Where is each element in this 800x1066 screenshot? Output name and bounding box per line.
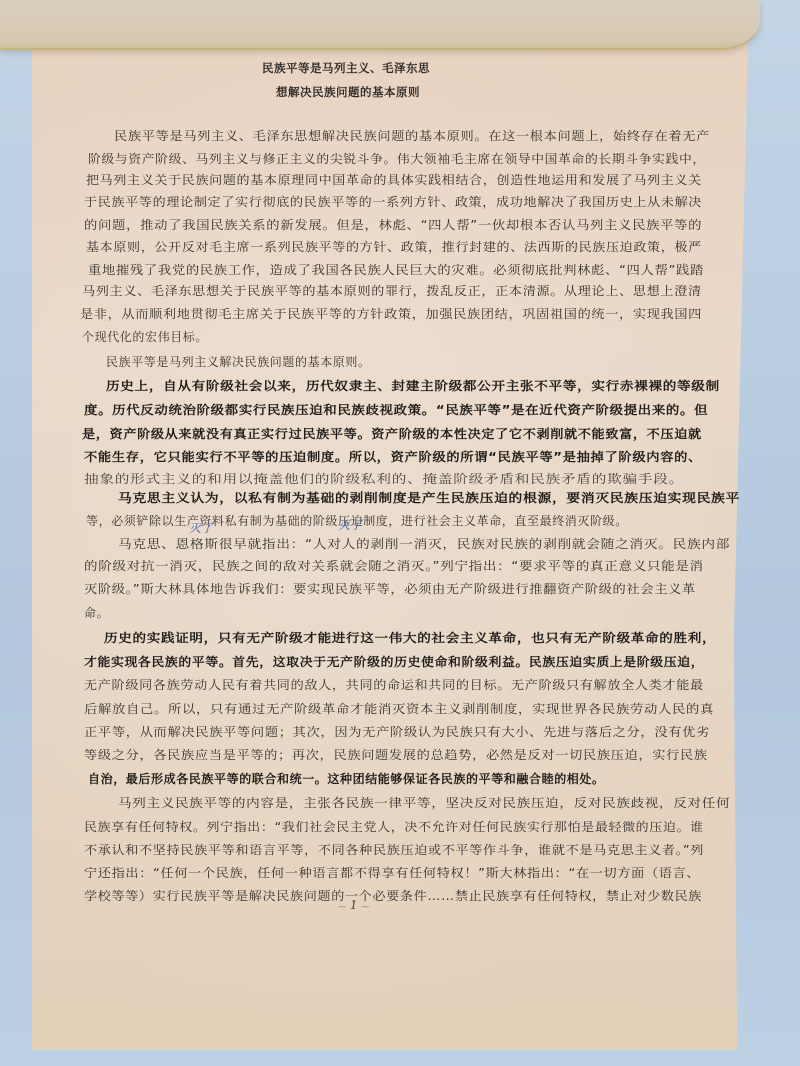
body-text-line: 不能生存，它只能实行不平等的压迫制度。所以，资产阶级的所谓“民族平等”是抽掉了阶… <box>84 448 702 465</box>
body-text-line: 历史的实践证明，只有无产阶级才能进行这一伟大的社会主义革命，也只有无产阶级革命的… <box>104 629 716 646</box>
body-text-line: 阶级与资产阶级、马列主义与修正主义的尖锐斗争。伟大领袖毛主席在领导中国革命的长期… <box>88 150 706 167</box>
body-text-line: 的问题，推动了我国民族关系的新发展。但是，林彪、“四人帮”一伙却根本否认马列主义… <box>84 216 702 233</box>
body-text-line: 才能实现各民族的平等。首先，这取决于无产阶级的历史使命和阶级利益。民族压迫实质上… <box>84 653 704 670</box>
body-text-line: 个现代化的宏伟目标。 <box>82 328 208 345</box>
body-text-line: 民族平等是马列主义、毛泽东思想解决民族问题的基本原则。在这一根本问题上，始终存在… <box>114 127 710 144</box>
body-text-line: 马克思、恩格斯很早就指出：“人对人的剥削一消灭，民族对民族的剥削就会随之消灭。民… <box>118 535 730 552</box>
document-title-line-1: 民族平等是马列主义、毛泽东思 <box>262 60 430 76</box>
body-text-line: 灭阶级。”斯大林具体地告诉我们：要实现民族平等，必须由无产阶级进行推翻资产阶级的… <box>84 580 696 597</box>
body-text-line: 不承认和不坚持民族平等和语言平等，不同各种民族压迫或不平等作斗争，谁就不是马克思… <box>84 841 704 858</box>
body-text-line: 是非，从而顺利地贯彻毛主席关于民族平等的方针政策，加强民族团结，巩固祖国的统一，… <box>80 305 702 322</box>
body-text-line: 自治，最后形成各民族平等的联合和统一。这种团结能够保证各民族的平等和融合睦的相处… <box>88 770 605 787</box>
body-text-line: 马列主义民族平等的内容是，主张各民族一律平等，坚决反对民族压迫，反对民族歧视，反… <box>118 794 730 811</box>
body-text-line: 等级之分，各民族应当是平等的；再次，民族问题发展的总趋势，必然是反对一切民族压迫… <box>84 746 708 763</box>
body-text-line: 马克思主义认为，以私有制为基础的剥削制度是产生民族压迫的根源，要消灭民族压迫实现… <box>118 489 740 506</box>
body-text-line: 学校等等）实行民族平等是解决民族问题的一个必要条件……禁止民族享有任何特权，禁止… <box>84 887 702 904</box>
handwritten-annotation-2: 灭了 <box>338 516 362 533</box>
body-text-line: 抽象的形式主义的和用以掩盖他们的阶级私利的、掩盖阶级矛盾和民族矛盾的欺骗手段。 <box>84 470 684 487</box>
body-text-line: 历史上，自从有阶级社会以来，历代奴隶主、封建主阶级都公开主张不平等，实行赤裸裸的… <box>106 377 720 394</box>
document-content: 民族平等是马列主义、毛泽东思 想解决民族问题的基本原则 民族平等是马列主义、毛泽… <box>0 0 800 1066</box>
body-text-line: 命。 <box>84 604 109 621</box>
body-text-line: 基本原则，公开反对毛主席一系列民族平等的方针、政策，推行封建的、法西斯的民族压迫… <box>86 238 702 255</box>
document-title-line-2: 想解决民族问题的基本原则 <box>276 84 420 100</box>
body-text-line: 民族平等是马列主义解决民族问题的基本原则。 <box>106 353 371 370</box>
body-text-line: 的阶级对抗一消灭，民族之间的敌对关系就会随之消灭。”列宁指出：“要求平等的真正意… <box>84 557 704 574</box>
page-number-value: 1 <box>350 898 358 912</box>
page-number: — 1 — <box>338 898 369 912</box>
body-text-line: 马列主义、毛泽东思想关于民族平等的基本原则的罪行，拨乱反正，正本清源。从理论上、… <box>82 282 702 299</box>
body-text-line: 无产阶级同各族劳动人民有着共同的敌人，共同的命运和共同的目标。无产阶级只有解放全… <box>84 676 704 693</box>
body-text-line: 度。历代反动统治阶级都实行民族压迫和民族歧视政策。“民族平等”是在近代资产阶级提… <box>84 401 708 418</box>
body-text-line: 后解放自己。所以，只有通过无产阶级革命才能消灭资本主义剥削制度，实现世界各民族劳… <box>84 700 714 717</box>
body-text-line: 重地摧残了我党的民族工作，造成了我国各民族人民巨大的灾难。必须彻底批判林彪、“四… <box>88 261 704 278</box>
body-text-line: 于民族平等的理论制定了实行彻底的民族平等的一系列方针、政策，成功地解决了我国历史… <box>84 193 702 210</box>
body-text-line: 民族享有任何特权。列宁指出：“我们社会民主党人，决不允许对任何民族实行那怕是最轻… <box>84 818 704 835</box>
body-text-line: 正平等，从而解决民族平等问题；其次，因为无产阶级认为民族只有大小、先进与落后之分… <box>84 723 710 740</box>
body-text-line: 是，资产阶级从来就没有真正实行过民族平等。资产阶级的本性决定了它不剥削就不能致富… <box>82 425 702 442</box>
handwritten-annotation-1: 灭了 <box>189 519 213 536</box>
page-number-dash-left: — <box>338 902 346 911</box>
body-text-line: 宁还指出：“任何一个民族，任何一种语言都不得享有任何特权！”斯大林指出：“在一切… <box>84 864 700 881</box>
body-text-line: 把马列主义关于民族问题的基本原理同中国革命的具体实践相结合，创造性地运用和发展了… <box>86 171 702 188</box>
page-number-dash-right: — <box>361 902 369 911</box>
